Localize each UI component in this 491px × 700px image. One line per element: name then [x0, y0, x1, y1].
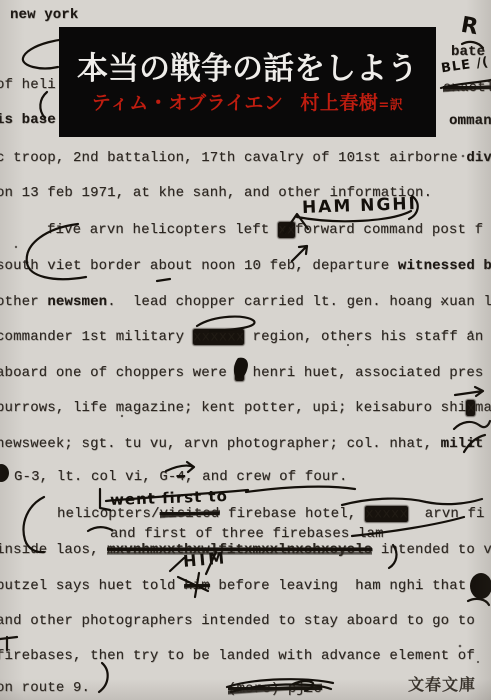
typed-segment-blackout: x	[235, 365, 244, 381]
line-route-9: on route 9.	[0, 679, 90, 697]
author-name: ティム・オブライエン	[92, 92, 284, 114]
line-of-heli: of heli	[0, 76, 56, 94]
typed-segment-b: witnessed b	[398, 258, 491, 274]
typed-segment-b: is base	[0, 112, 56, 128]
typed-segment-b: milit	[441, 436, 484, 452]
typed-segment: of heli	[0, 77, 56, 93]
typed-segment: and first of three firebases lam	[110, 526, 384, 542]
typed-segment: five arvn helicopters left	[47, 222, 278, 238]
typed-segment-b: new york	[10, 7, 78, 23]
typed-segment: ma	[475, 400, 491, 416]
typed-segment: arvn fi	[408, 506, 485, 522]
typed-segment-b: div	[466, 150, 491, 166]
typed-segment: henri huet, associated pres	[244, 365, 483, 381]
typed-segment: intended to v	[372, 542, 491, 558]
translator-name: 村上春樹	[300, 92, 378, 114]
typed-segment: burrows, life magazine; kent potter, upi…	[0, 400, 466, 416]
line-firebases: firebases, then try to be landed with ad…	[0, 647, 483, 665]
line-south-viet: south viet border about noon 10 feb, dep…	[0, 257, 491, 275]
line-troop: c troop, 2nd battalion, 17th cavalry of …	[0, 149, 491, 167]
line-newsweek: newsweek; sgt. tu vu, arvn photographer;…	[0, 435, 483, 453]
hand-blob-g3	[0, 464, 9, 482]
line-five-arvn: five arvn helicopters left xxforward com…	[47, 221, 483, 239]
paper-speckle	[15, 246, 17, 248]
byline: ティム・オブライエン村上春樹=訳	[92, 94, 404, 113]
title-band: 本当の戦争の話をしよう ティム・オブライエン村上春樹=訳	[59, 27, 436, 137]
hand-arrow-shima	[455, 387, 483, 396]
typed-segment: forward command post f	[295, 222, 483, 238]
typed-segment: , and crew of four.	[185, 469, 347, 485]
annotation-r-mark: R	[459, 13, 480, 41]
annotation-ham-nghi: HAM NGHI	[302, 194, 418, 218]
annotation-ble: BLE /(	[440, 55, 490, 77]
typed-segment-blackout: xxxxxx	[193, 329, 244, 345]
line-commande: ommande	[449, 112, 491, 130]
line-inside-laos: inside laos, mxvnhmxxthxwlfitxmxxlnxshxe…	[0, 541, 491, 559]
typed-segment: commander 1st military	[0, 329, 193, 345]
typed-segment: south viet border about noon 10 feb, dep…	[0, 258, 398, 274]
typed-segment-blackout: x	[475, 578, 484, 594]
typed-segment-blackout: xxxxx	[365, 506, 408, 522]
line-aboard: aboard one of choppers were x henri huet…	[0, 364, 483, 382]
line-newsmen: other newsmen. lead chopper carried lt. …	[0, 293, 491, 311]
line-g3: G-3, lt. col vi, G-4, and crew of four.	[14, 468, 348, 486]
hand-dash-noon	[157, 279, 170, 281]
line-more: (more) pjze	[228, 680, 322, 698]
book-cover: new yorkof heliis basebate acexactlyomma…	[0, 0, 491, 700]
hand-swoosh-hotel	[246, 487, 355, 492]
line-exactly: exactly	[443, 79, 491, 97]
line-putzel: putzel says huet told him before leaving…	[0, 577, 483, 595]
typed-segment-blackout: xx	[278, 222, 295, 238]
typed-segment: and other photographers intended to stay…	[0, 613, 483, 629]
typed-segment: other	[0, 294, 47, 310]
typed-segment: on route 9.	[0, 680, 90, 696]
typed-segment: aboard one of choppers were	[0, 365, 235, 381]
typed-segment-b: ommande	[449, 113, 491, 129]
typed-segment-strike-heavy: visited	[160, 506, 220, 522]
typed-segment: c troop, 2nd battalion, 17th cavalry of …	[0, 150, 466, 166]
typed-segment: G-3, lt. col vi, G-	[14, 469, 176, 485]
annotation-him: HIM	[182, 548, 228, 571]
typed-segment-strike-heavy: him	[184, 578, 210, 594]
typed-segment: inside laos,	[0, 542, 107, 558]
typed-segment: putzel says huet told	[0, 578, 184, 594]
typed-segment-strike-heavy: (more) pjze	[228, 681, 322, 697]
line-commander: commander 1st military xxxxxx region, ot…	[0, 328, 483, 346]
typed-segment: newsweek; sgt. tu vu, arvn photographer;…	[0, 436, 441, 452]
typed-segment-b: newsmen	[47, 294, 107, 310]
hand-swoosh-before-and	[88, 527, 112, 531]
typed-segment: . lead chopper carried lt. gen. hoang xu…	[107, 294, 491, 310]
hand-paren-route9	[99, 663, 108, 692]
typed-segment: firebase hotel,	[220, 506, 365, 522]
typed-segment-blackout: x	[466, 400, 475, 416]
typed-segment-strike: 4	[176, 469, 185, 485]
publisher-mark: 文春文庫	[408, 672, 476, 695]
line-photographers: and other photographers intended to stay…	[0, 612, 483, 630]
hand-blob-putzel-tail	[468, 599, 489, 605]
translator-suffix: =訳	[378, 98, 403, 113]
typed-segment: helicopters/	[57, 506, 160, 522]
typed-segment-smear: mxvnhmxxthxwlfitxmxxlnxshxeyels	[107, 542, 372, 558]
line-is-base: is base	[0, 111, 56, 129]
book-title: 本当の戦争の話をしよう	[77, 54, 418, 85]
typed-segment-strike-heavy: exactly	[443, 80, 491, 96]
line-new-york: new york	[10, 6, 78, 24]
typed-segment: before leaving ham nghi that	[210, 578, 475, 594]
typed-segment: region, others his staff an	[244, 329, 483, 345]
typed-segment: firebases, then try to be landed with ad…	[0, 648, 483, 664]
hand-squiggle-shima	[454, 421, 490, 429]
line-burrows: burrows, life magazine; kent potter, upi…	[0, 399, 491, 417]
